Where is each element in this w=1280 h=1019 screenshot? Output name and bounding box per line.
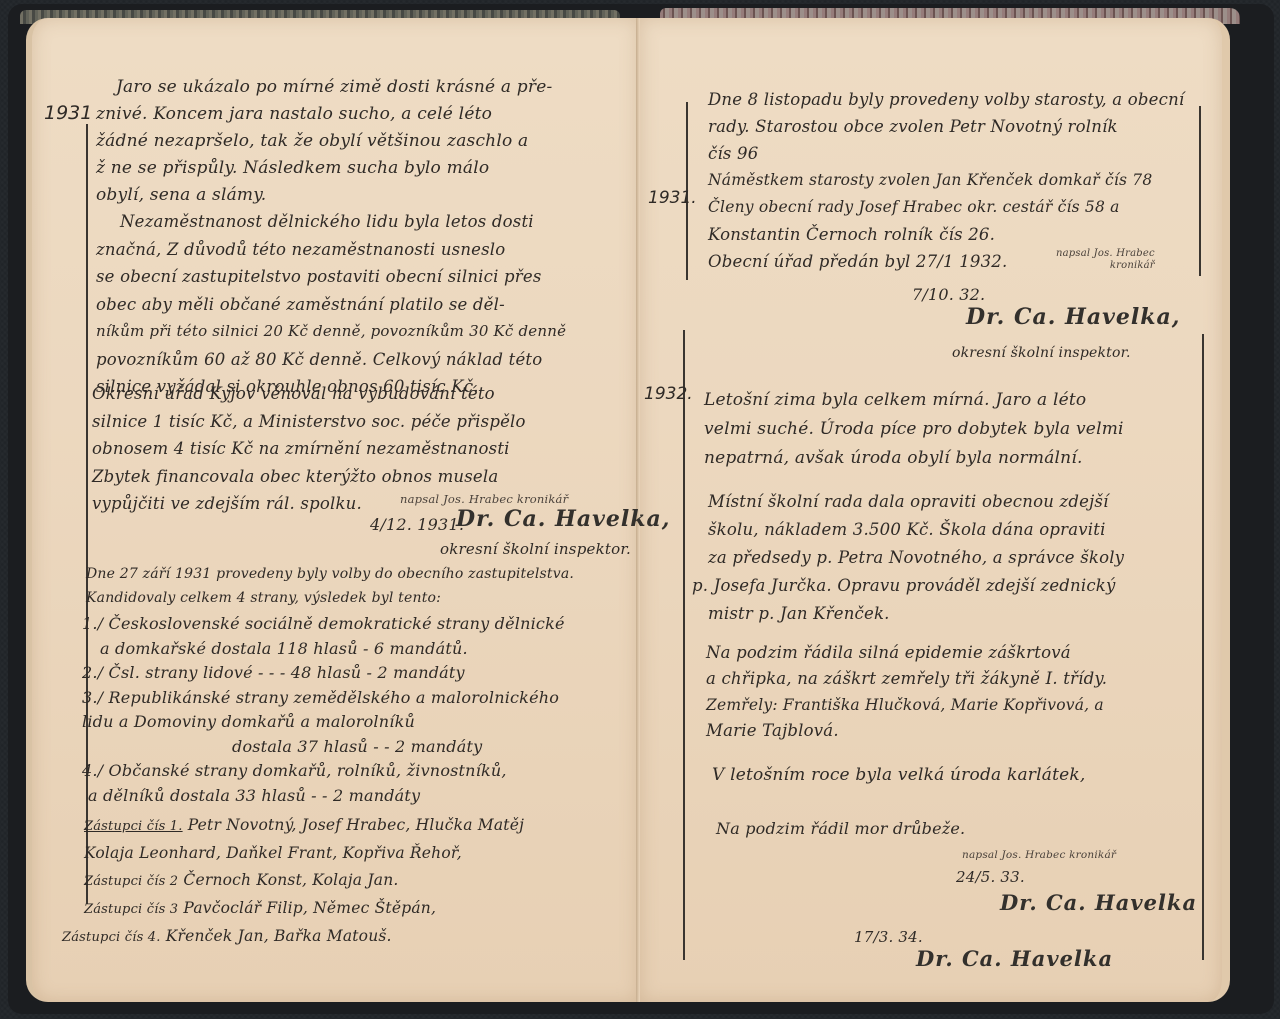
text-line: žádné nezapršelo, tak že obylí většinou … — [96, 128, 552, 155]
text-line: Kandidovaly celkem 4 strany, výsledek by… — [86, 586, 574, 610]
signature: Dr. Ca. Havelka — [916, 946, 1113, 971]
representatives-names: Kolaja Leonhard, Daňkel Frant, Kopřiva Ř… — [84, 844, 462, 862]
representatives-row: Zástupci čís 2 Černoch Konst, Kolaja Jan… — [84, 867, 524, 895]
text-line: Konstantin Černoch rolník čís 26. — [708, 221, 1184, 248]
text-line: rady. Starostou obce zvolen Petr Novotný… — [708, 113, 1184, 140]
representatives-label: Zástupci čís 4. — [62, 930, 161, 945]
text-line: Zbytek financovala obec kterýžto obnos m… — [92, 463, 526, 491]
text-line: Nezaměstnanost dělnického lidu byla leto… — [120, 208, 566, 236]
paragraph-weather-1932: Letošní zima byla celkem mírná. Jaro a l… — [704, 386, 1124, 473]
text-line: velmi suché. Úroda píce pro dobytek byla… — [704, 415, 1124, 444]
representatives-row: Kolaja Leonhard, Daňkel Frant, Kopřiva Ř… — [84, 840, 524, 867]
signature-date: 4/12. 1931. — [370, 512, 464, 538]
text-line: obylí, sena a slámy. — [96, 182, 552, 209]
signature-title: okresní školní inspektor. — [440, 536, 631, 562]
representatives-list: Zástupci čís 1. Petr Novotný, Josef Hrab… — [84, 812, 524, 951]
representatives-names: Petr Novotný, Josef Hrabec, Hlučka Matěj — [188, 816, 524, 834]
text-line: povozníkům 60 až 80 Kč denně. Celkový ná… — [96, 346, 566, 374]
text-line: znivé. Koncem jara nastalo sucho, a celé… — [96, 101, 552, 128]
representatives-row: Zástupci čís 3 Pavčoclář Filip, Němec Št… — [84, 895, 524, 923]
representatives-names: Pavčoclář Filip, Němec Štěpán, — [183, 899, 436, 917]
elections-intro: Dne 27 září 1931 provedeny byly volby do… — [86, 562, 574, 610]
representatives-label: Zástupci čís 2 — [84, 874, 178, 889]
text-line: Marie Tajblová. — [706, 718, 1107, 744]
signature: Dr. Ca. Havelka, — [966, 304, 1180, 330]
chronicler-note: napsal Jos. Hrabec kronikář — [1056, 248, 1155, 272]
text-line: silnice 1 tisíc Kč, a Ministerstvo soc. … — [92, 408, 526, 436]
text-line: p. Josefa Jurčka. Opravu prováděl zdejší… — [692, 572, 1124, 600]
text-line: mistr p. Jan Křenček. — [708, 600, 1124, 628]
left-margin-year: 1931 — [44, 102, 92, 124]
paragraph-poultry: Na podzim řádil mor drůbeže. — [716, 816, 965, 842]
text-line: se obecní zastupitelstvo postaviti obecn… — [96, 263, 566, 291]
signature-title: okresní školní inspektor. — [952, 340, 1131, 366]
text-line: za předsedy p. Petra Novotného, a správc… — [708, 544, 1124, 572]
paragraph-epidemic: Na podzim řádila silná epidemie záškrtov… — [706, 640, 1107, 744]
text-line: Místní školní rada dala opraviti obecnou… — [708, 488, 1124, 516]
signature: Dr. Ca. Havelka — [1000, 890, 1197, 915]
chronicler-note: napsal Jos. Hrabec kronikář — [962, 848, 1116, 862]
signature: Dr. Ca. Havelka, — [456, 506, 670, 532]
text-line: Letošní zima byla celkem mírná. Jaro a l… — [704, 386, 1124, 415]
text-line: obec aby měli občané zaměstnání platilo … — [96, 291, 566, 319]
text-line: ž ne se přispůly. Následkem sucha bylo m… — [96, 155, 552, 182]
text-line: čís 96 — [708, 140, 1184, 167]
text-line: Okresní úřad Kyjov věnoval na vybudování… — [92, 380, 526, 408]
result-line: a dělníků dostala 33 hlasů - - 2 mandáty — [88, 784, 565, 809]
right-margin-year-1932: 1932. — [644, 384, 693, 404]
election-results: 1./ Československé sociálně demokratické… — [82, 612, 565, 808]
note-line: kronikář — [1056, 260, 1155, 272]
right-frame-right-1932 — [1202, 334, 1204, 960]
result-line: 2./ Čsl. strany lidové - - - 48 hlasů - … — [82, 661, 565, 686]
representatives-label: Zástupci čís 3 — [84, 902, 178, 917]
text-line: nepatrná, avšak úroda obylí byla normáln… — [704, 444, 1124, 473]
text-line: Členy obecní rady Josef Hrabec okr. cest… — [708, 194, 1184, 221]
result-line: a domkařské dostala 118 hlasů - 6 mandát… — [100, 637, 565, 662]
text-line: značná, Z důvodů této nezaměstnanosti us… — [96, 236, 566, 264]
text-line: a chřipka, na záškrt zemřely tři žákyně … — [706, 666, 1107, 692]
text-line: Náměstkem starosty zvolen Jan Křenček do… — [708, 167, 1184, 194]
paragraph-harvest: V letošním roce byla velká úroda karláte… — [712, 762, 1086, 788]
right-frame-right-1931 — [1199, 106, 1201, 276]
text-line: níkům při této silnici 20 Kč denně, povo… — [96, 318, 566, 346]
text-line: Zemřely: Františka Hlučková, Marie Kopři… — [706, 692, 1107, 718]
result-line: 1./ Československé sociálně demokratické… — [82, 612, 565, 637]
chronicler-note: napsal Jos. Hrabec kronikář — [400, 492, 568, 506]
text-line: Dne 27 září 1931 provedeny byly volby do… — [86, 562, 574, 586]
text-line: obnosem 4 tisíc Kč na zmírnění nezaměstn… — [92, 435, 526, 463]
left-paragraph-unemployment: Nezaměstnanost dělnického lidu byla leto… — [96, 208, 566, 401]
text-line: Dne 8 listopadu byly provedeny volby sta… — [708, 86, 1184, 113]
text-line: školu, nákladem 3.500 Kč. Škola dána opr… — [708, 516, 1124, 544]
paragraph-school-repair: Místní školní rada dala opraviti obecnou… — [708, 488, 1124, 628]
signature-date: 17/3. 34. — [854, 924, 923, 950]
representatives-row: Zástupci čís 4. Křenček Jan, Bařka Matou… — [62, 923, 524, 951]
note-line: napsal Jos. Hrabec — [1056, 248, 1155, 260]
representatives-names: Křenček Jan, Bařka Matouš. — [166, 927, 392, 945]
result-line: dostala 37 hlasů - - 2 mandáty — [232, 735, 565, 760]
left-paragraph-weather: Jaro se ukázalo po mírné zimě dosti krás… — [116, 74, 552, 209]
text-line: Jaro se ukázalo po mírné zimě dosti krás… — [116, 74, 552, 101]
representatives-row: Zástupci čís 1. Petr Novotný, Josef Hrab… — [84, 812, 524, 840]
right-margin-year-1931: 1931. — [648, 188, 697, 208]
signature-date: 24/5. 33. — [956, 864, 1025, 890]
right-frame-left-1932 — [683, 330, 685, 960]
result-line: lidu a Domoviny domkařů a malorolníků — [82, 710, 565, 735]
result-line: 4./ Občanské strany domkařů, rolníků, ži… — [82, 759, 565, 784]
text-line: Na podzim řádila silná epidemie záškrtov… — [706, 640, 1107, 666]
representatives-names: Černoch Konst, Kolaja Jan. — [183, 871, 398, 889]
result-line: 3./ Republikánské strany zemědělského a … — [82, 686, 565, 711]
council-election-text: Dne 8 listopadu byly provedeny volby sta… — [708, 86, 1184, 275]
representatives-label: Zástupci čís 1. — [84, 819, 183, 834]
